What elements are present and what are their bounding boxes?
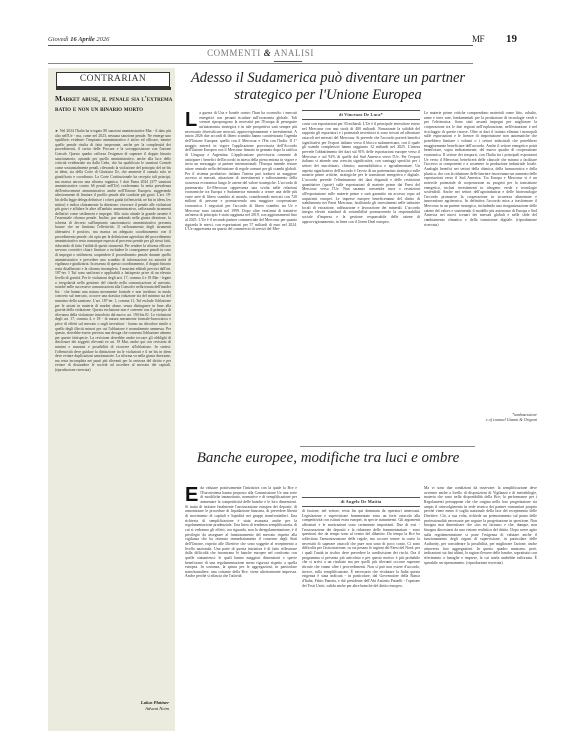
article2-byline: di Angelo De Mattia [302,499,420,504]
article1-dropcap: L [185,112,197,129]
article-divider [300,446,475,447]
contrarian-shadow-bar [56,87,171,90]
article2-col1-text: da valutare positivamente l'iniziativa c… [185,486,297,578]
sidebar-author: Lukas Plattner [141,700,169,706]
section-amp: & [264,48,272,58]
section-divider [48,63,473,64]
article1-column-2: cosur con esportazioni per 30 miliardi. … [302,122,420,445]
article2-byline-rule-top [302,497,420,498]
article1-byline-rule-top [302,110,420,111]
masthead-logo: MF [472,34,484,44]
section-underline [274,61,302,62]
article1-byline: di Vincenzo De Luca* [302,112,420,117]
page-number: 19 [506,33,517,45]
sidebar-headline: Market abuse, il penale sia l'extrema ra… [55,94,173,114]
article2-dropcap: È [185,487,198,504]
article1-signature: *ambasciatore e of counsel Gianni & Orig… [424,412,537,422]
article1-signature-firm: e of counsel Gianni & Origoni [424,417,537,422]
contrarian-label: CONTRARIAN [56,72,170,87]
article2-headline: Banche europee, modifiche tra luci e omb… [182,450,474,467]
issue-date: Giovedì 16 Aprile 2026 [48,36,109,43]
sidebar-signature: Lukas Plattner Advant Nctm [141,700,169,711]
article1-col1-text: a guerra di Usa e Israele contro l'Iran … [185,111,297,231]
article2-column-3: Ma vi sono due condizioni da osservare: … [424,486,537,723]
date-year: 2026 [96,36,109,43]
date-weekday: Giovedì [48,36,69,43]
section-title: COMMENTI & ANALISI [48,48,473,58]
article2-column-2: di fusione, nel settore, resta fin qui d… [302,509,420,723]
article1-column-3: Le materie prime critiche comprendono ma… [424,111,537,401]
article2-column-1: Èda valutare positivamente l'iniziativa … [185,486,297,731]
section-right: ANALISI [274,48,314,58]
article1-headline: Adesso il Sudamerica può diventare un pa… [182,70,474,104]
page-header: Giovedì 16 Aprile 2026 MF 19 [48,29,473,46]
contrarian-sidebar: CONTRARIAN Market abuse, il penale sia l… [48,68,175,731]
date-day-month: 16 Aprile [70,36,95,43]
article2-byline-rule-bottom [302,506,420,507]
section-left: COMMENTI [207,48,261,58]
article1-column-1: La guerra di Usa e Israele contro l'Iran… [185,111,297,445]
article1-byline-rule-bottom [302,119,420,120]
sidebar-body: ► Nel 2024 l'Italia ha irrogato 80 sanzi… [55,129,171,704]
sidebar-affiliation: Advant Nctm [141,706,169,712]
